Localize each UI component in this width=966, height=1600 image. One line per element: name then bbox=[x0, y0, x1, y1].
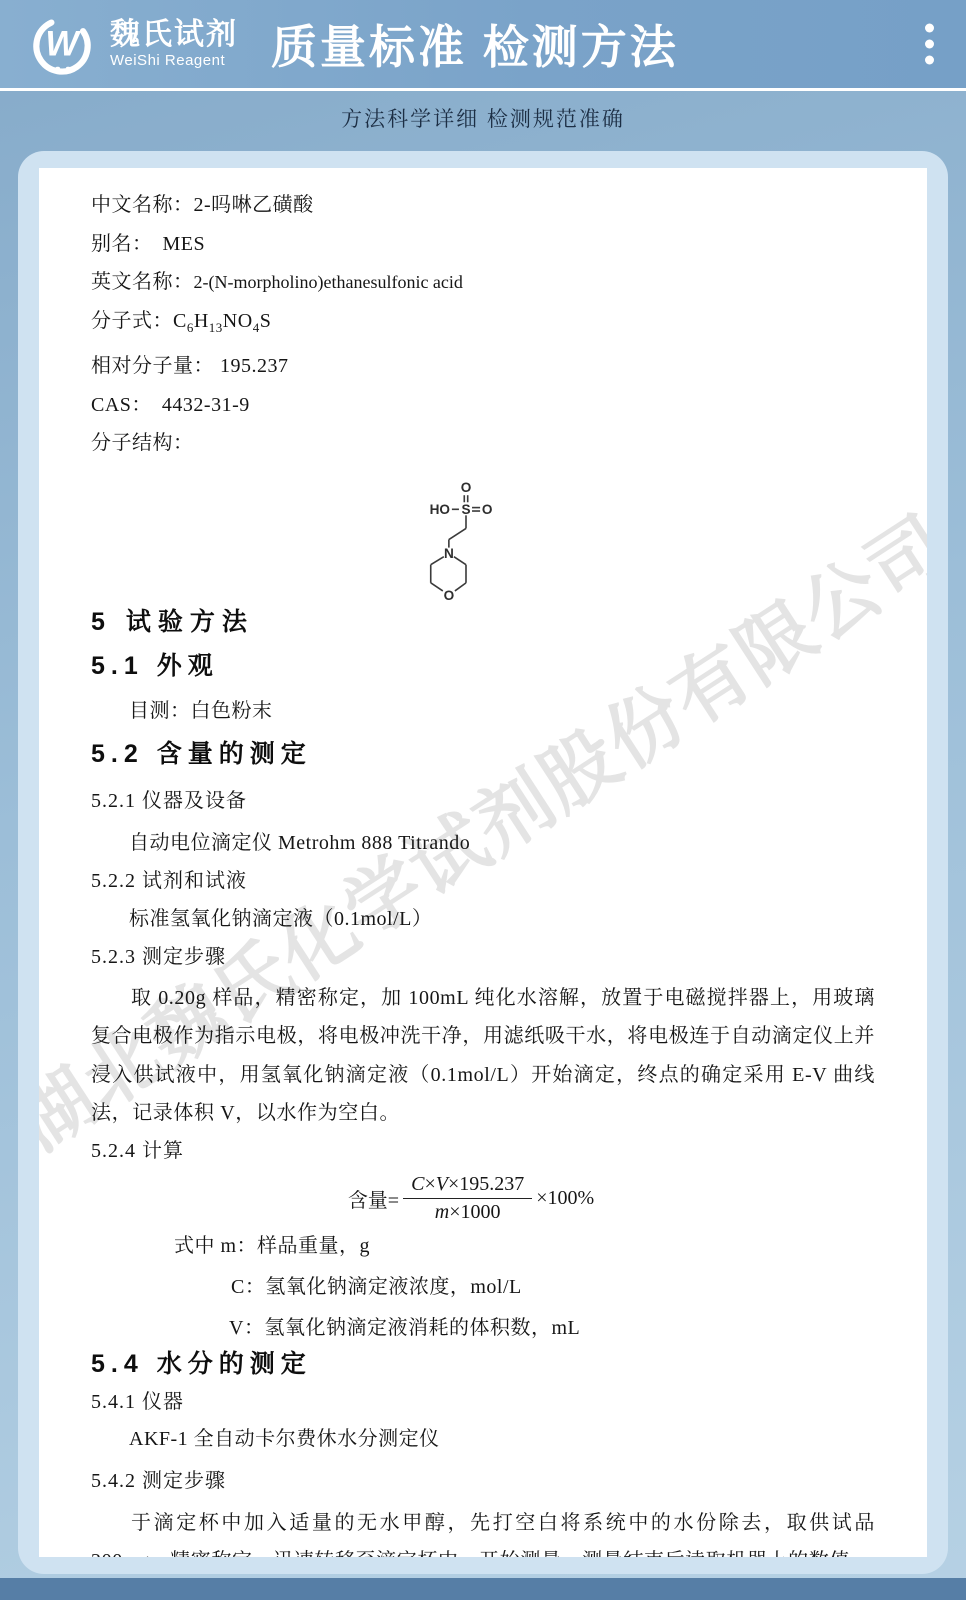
atom-n: N bbox=[444, 546, 454, 561]
heading-5-2-2: 5.2.2 试剂和试液 bbox=[91, 865, 875, 897]
prop-en-label: 英文名称： bbox=[91, 271, 194, 293]
subtitle: 方法科学详细 检测规范准确 bbox=[0, 91, 966, 151]
legend-m: 式中 m：样品重量，g bbox=[174, 1228, 875, 1265]
prop-cn-value: 2-吗啉乙磺酸 bbox=[194, 194, 314, 216]
prop-structure-label: 分子结构： bbox=[91, 424, 875, 463]
prop-cn-label: 中文名称： bbox=[91, 194, 194, 216]
page: W 魏氏试剂 WeiShi Reagent 质量标准 检测方法 方法科学详细 检… bbox=[0, 0, 966, 1600]
prop-cn-name: 中文名称：2-吗啉乙磺酸 bbox=[91, 186, 875, 225]
weishi-logo-icon: W bbox=[24, 6, 100, 82]
atom-ho: HO bbox=[430, 501, 450, 516]
heading-5-1: 5.1 外观 bbox=[91, 651, 875, 681]
kebab-menu-icon[interactable] bbox=[925, 24, 934, 65]
formula-fraction: C×V×195.237m×1000 bbox=[403, 1173, 532, 1224]
atom-o-right: O bbox=[482, 501, 493, 516]
svg-text:W: W bbox=[45, 24, 81, 63]
brand-name-cn: 魏氏试剂 bbox=[110, 19, 238, 51]
atom-s: S bbox=[461, 501, 470, 516]
content-formula: 含量=C×V×195.237m×1000×100% bbox=[91, 1173, 851, 1224]
prop-en-value: 2-(N-morpholino)ethanesulfonic acid bbox=[194, 272, 463, 292]
brand-logo: W 魏氏试剂 WeiShi Reagent bbox=[24, 6, 238, 82]
molecular-structure-diagram: HO S O O N O bbox=[401, 467, 533, 603]
prop-cas-label: CAS： bbox=[91, 394, 152, 416]
heading-5-2-1: 5.2.1 仪器及设备 bbox=[91, 785, 875, 817]
heading-5-4: 5.4 水分的测定 bbox=[91, 1349, 875, 1379]
prop-mf-label: 分子式： bbox=[91, 310, 173, 332]
prop-cas-value: 4432-31-9 bbox=[162, 394, 250, 416]
app-header: W 魏氏试剂 WeiShi Reagent 质量标准 检测方法 bbox=[0, 0, 966, 88]
body-5-2-2: 标准氢氧化钠滴定液（0.1mol/L） bbox=[129, 903, 875, 935]
page-title: 质量标准 检测方法 bbox=[271, 11, 679, 77]
atom-o-top: O bbox=[461, 480, 472, 495]
prop-alias-label: 别名： bbox=[91, 233, 153, 255]
prop-en-name: 英文名称：2-(N-morpholino)ethanesulfonic acid bbox=[91, 263, 875, 302]
legend-c: C：氢氧化钠滴定液浓度，mol/L bbox=[231, 1269, 875, 1306]
heading-5-2: 5.2 含量的测定 bbox=[91, 739, 875, 769]
prop-mw-label: 相对分子量： bbox=[91, 355, 214, 377]
heading-5-2-4: 5.2.4 计算 bbox=[91, 1135, 875, 1167]
body-5-1: 目测：白色粉末 bbox=[129, 695, 875, 727]
formula-lhs: 含量= bbox=[348, 1184, 399, 1213]
document-card: 湖北魏氏化学试剂股份有限公司 中文名称：2-吗啉乙磺酸 别名：MES 英文名称：… bbox=[18, 151, 948, 1574]
prop-molecular-formula: 分子式：C6H13NO4S bbox=[91, 302, 875, 348]
heading-5: 5 试验方法 bbox=[91, 607, 875, 637]
bottom-strip bbox=[0, 1578, 966, 1600]
heading-5-4-1: 5.4.1 仪器 bbox=[91, 1387, 875, 1417]
content-area: 湖北魏氏化学试剂股份有限公司 中文名称：2-吗啉乙磺酸 别名：MES 英文名称：… bbox=[0, 151, 966, 1578]
brand-name-en: WeiShi Reagent bbox=[110, 52, 238, 69]
body-5-2-1: 自动电位滴定仪 Metrohm 888 Titrando bbox=[129, 827, 875, 859]
prop-molecular-weight: 相对分子量：195.237 bbox=[91, 347, 875, 386]
formula-suffix: ×100% bbox=[536, 1187, 594, 1210]
heading-5-2-3: 5.2.3 测定步骤 bbox=[91, 941, 875, 973]
legend-v: V：氢氧化钠滴定液消耗的体积数，mL bbox=[229, 1310, 875, 1347]
prop-alias: 别名：MES bbox=[91, 225, 875, 264]
prop-alias-value: MES bbox=[163, 233, 206, 255]
atom-o-bottom: O bbox=[444, 587, 455, 602]
document: 湖北魏氏化学试剂股份有限公司 中文名称：2-吗啉乙磺酸 别名：MES 英文名称：… bbox=[39, 168, 927, 1557]
prop-mw-value: 195.237 bbox=[220, 355, 289, 377]
body-5-4-2: 于滴定杯中加入适量的无水甲醇，先打空白将系统中的水份除去，取供试品 200mg，… bbox=[91, 1504, 875, 1557]
body-5-2-3: 取 0.20g 样品，精密称定，加 100mL 纯化水溶解，放置于电磁搅拌器上，… bbox=[91, 979, 875, 1133]
brand-text: 魏氏试剂 WeiShi Reagent bbox=[110, 19, 238, 69]
prop-mf-value: C6H13NO4S bbox=[173, 310, 271, 332]
heading-5-4-2: 5.4.2 测定步骤 bbox=[91, 1465, 875, 1497]
body-5-4-1: AKF-1 全自动卡尔费休水分测定仪 bbox=[129, 1423, 875, 1455]
prop-cas: CAS：4432-31-9 bbox=[91, 386, 875, 425]
